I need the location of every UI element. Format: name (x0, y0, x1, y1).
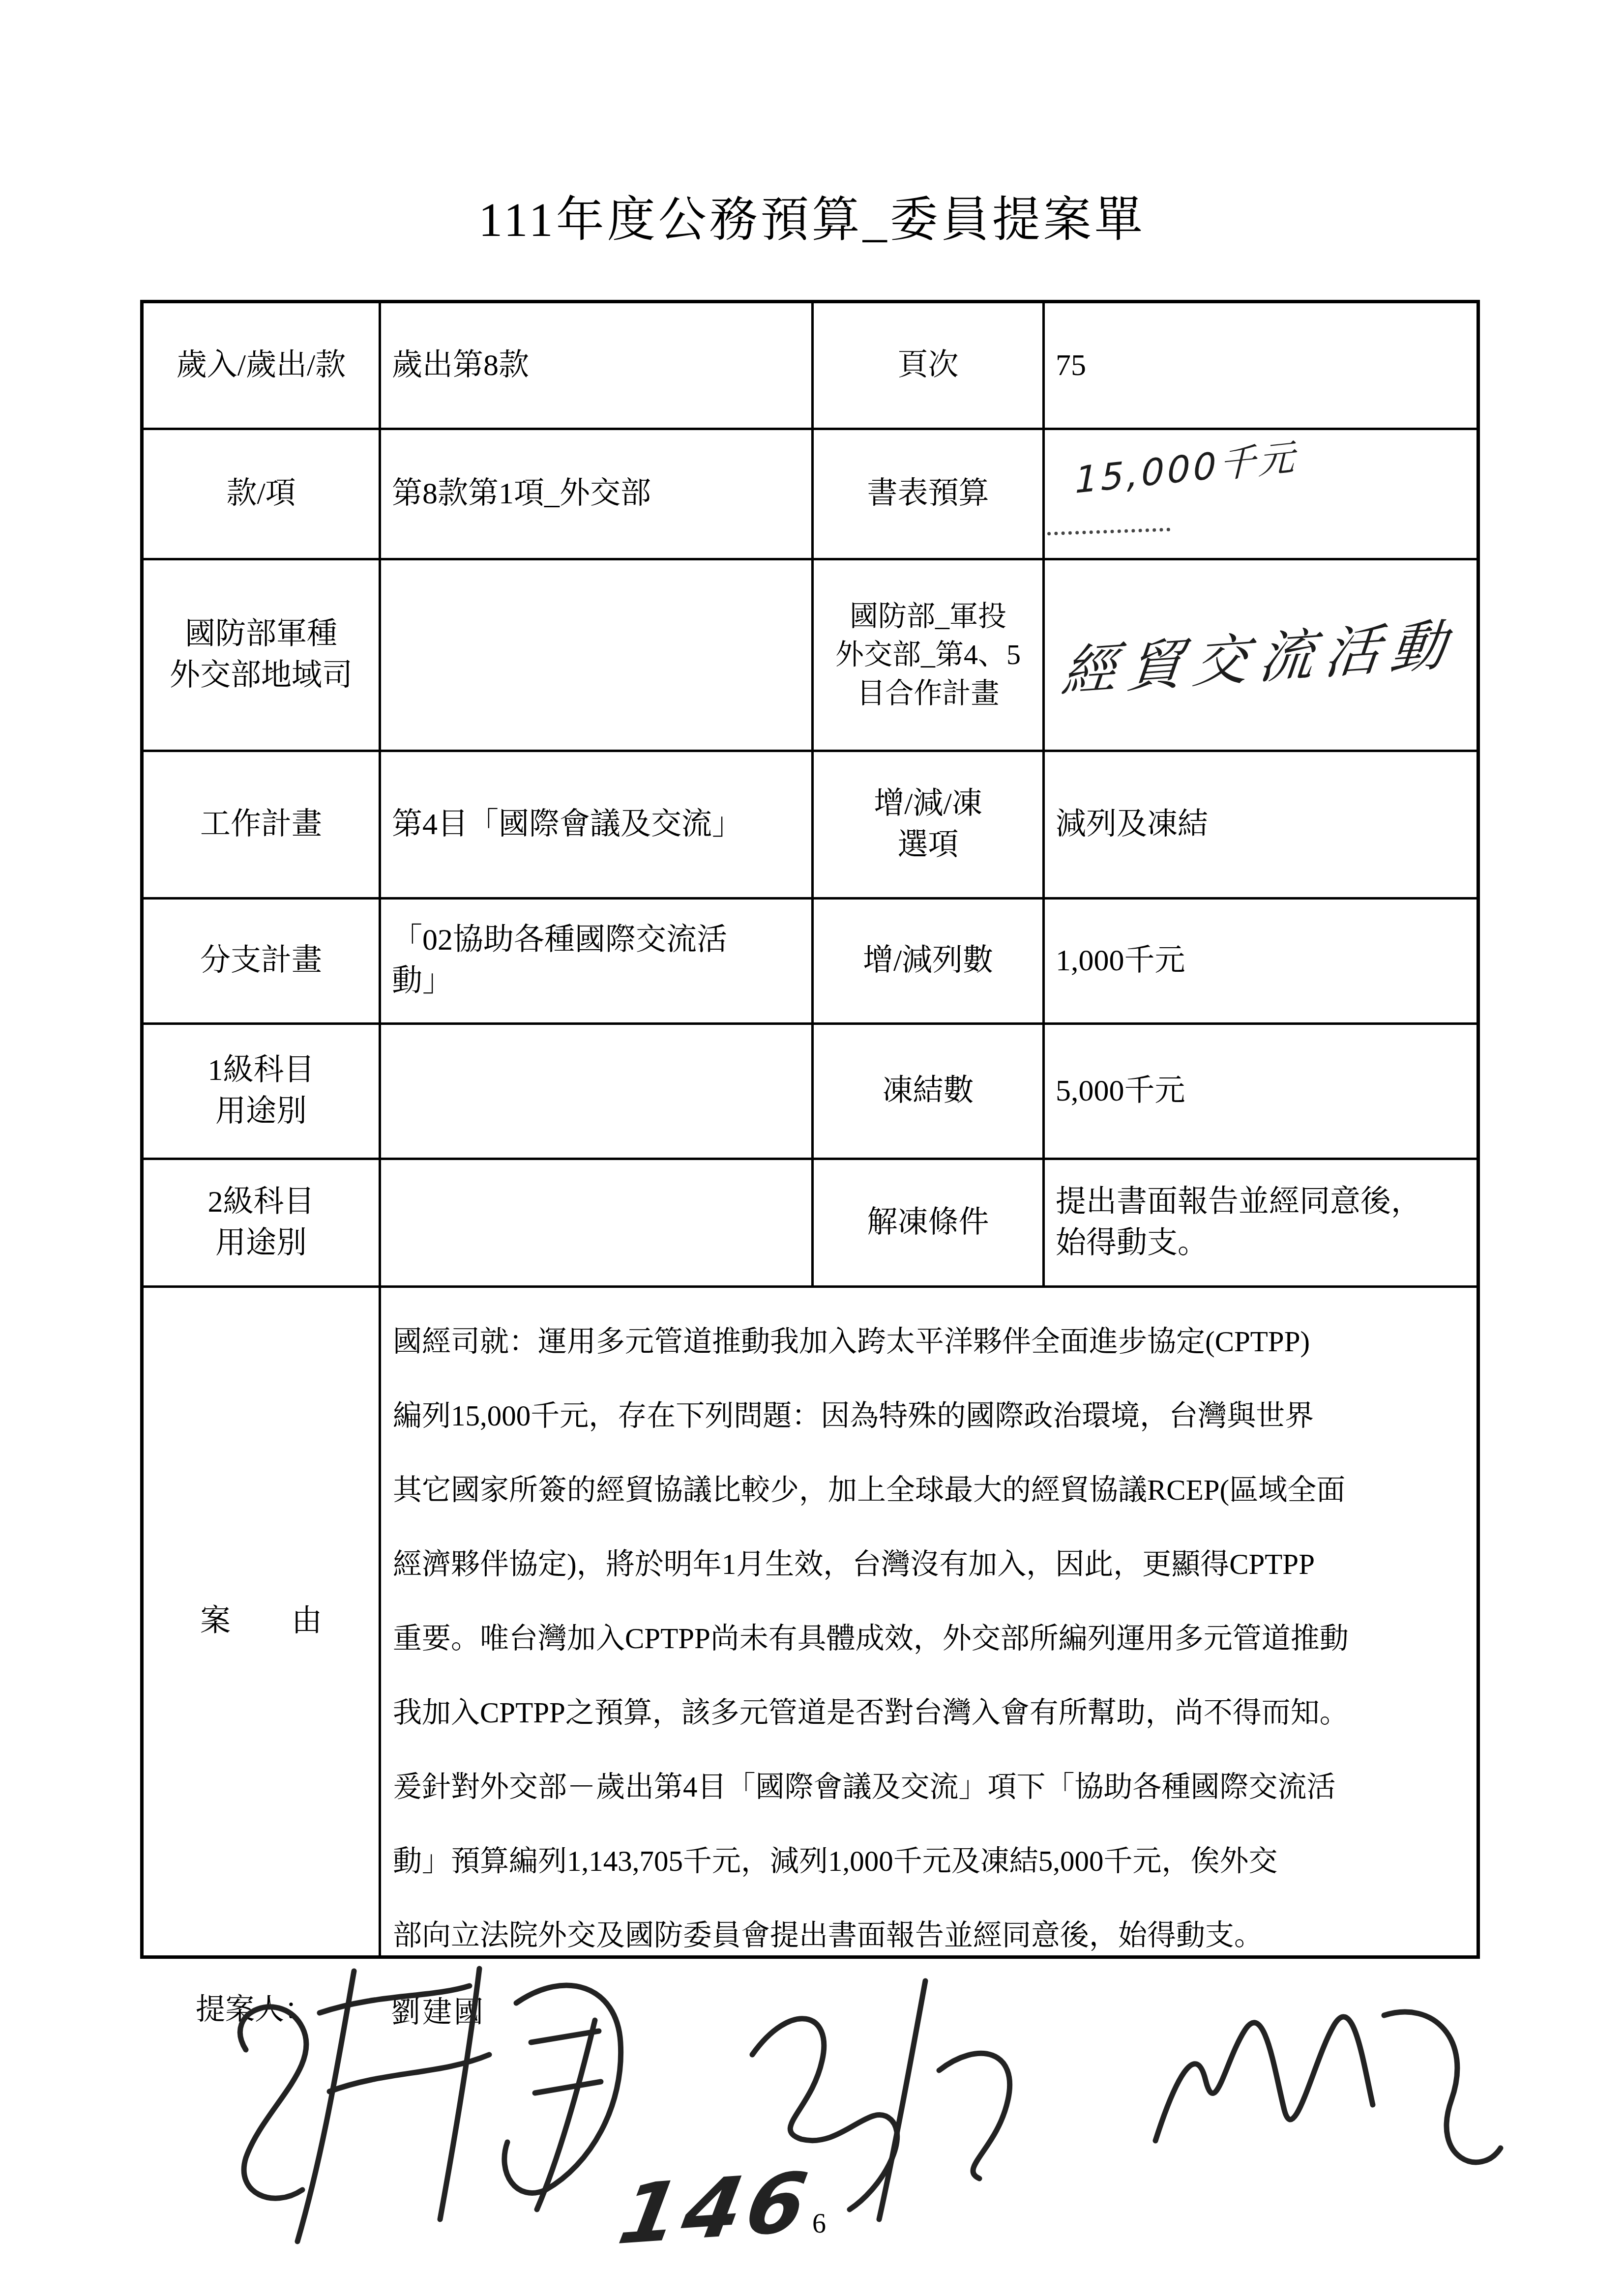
value-unfreeze-condition: 提出書面報告並經同意後， 始得動支。 (1045, 1160, 1476, 1288)
budget-proposal-table: 歲入/歲出/款 歲出第8款 頁次 75 款/項 第8款第1項_外交部 書表預算 … (140, 300, 1480, 1959)
value-increase-decrease-amount: 1,000千元 (1045, 900, 1476, 1025)
label-item-subitem: 款/項 (144, 430, 381, 560)
value-branch-plan: 「02協助各種國際交流活 動」 (381, 900, 814, 1025)
label-page-number: 頁次 (814, 303, 1045, 430)
value-page-number: 75 (1045, 303, 1476, 430)
label-cooperation-plan: 國防部_軍投 外交部_第4、5 目合作計畫 (814, 560, 1045, 752)
label-frozen-amount: 凍結數 (814, 1025, 1045, 1160)
scanned-budget-proposal-form: 111年度公務預算_委員提案單 歲入/歲出/款 歲出第8款 頁次 75 款/項 … (0, 0, 1624, 2296)
label-book-budget: 書表預算 (814, 430, 1045, 560)
value-mnd-service-empty (381, 560, 814, 752)
value-item-subitem: 第8款第1項_外交部 (381, 430, 814, 560)
label-increase-decrease-freeze-option: 增/減/凍 選項 (814, 752, 1045, 900)
label-unfreeze-condition: 解凍條件 (814, 1160, 1045, 1288)
label-revenue-expenditure-item: 歲入/歲出/款 (144, 303, 381, 430)
label-work-plan: 工作計畫 (144, 752, 381, 900)
case-reason-text: 國經司就：運用多元管道推動我加入跨太平洋夥伴全面進步協定(CPTPP) 編列15… (381, 1288, 1476, 1955)
value-frozen-amount: 5,000千元 (1045, 1025, 1476, 1160)
value-increase-decrease-freeze-option: 減列及凍結 (1045, 752, 1476, 900)
value-expenditure-item: 歲出第8款 (381, 303, 814, 430)
signature-scrawls (172, 1942, 1549, 2286)
label-increase-decrease-amount: 增/減列數 (814, 900, 1045, 1025)
value-level1-account-empty (381, 1025, 814, 1160)
printed-page-number: 6 (812, 2208, 826, 2239)
label-level1-account: 1級科目 用途別 (144, 1025, 381, 1160)
label-case-reason: 案 由 (144, 1288, 381, 1955)
label-branch-plan: 分支計畫 (144, 900, 381, 1025)
signature-1 (240, 1969, 620, 2241)
value-level2-account-empty (381, 1160, 814, 1288)
label-mnd-service-mofa-bureau: 國防部軍種 外交部地域司 (144, 560, 381, 752)
label-level2-account: 2級科目 用途別 (144, 1160, 381, 1288)
handwritten-sheet-number: 146 (612, 2154, 819, 2263)
document-title: 111年度公務預算_委員提案單 (0, 181, 1624, 250)
value-work-plan: 第4目「國際會議及交流」 (381, 752, 814, 900)
signature-3 (1155, 2012, 1501, 2162)
